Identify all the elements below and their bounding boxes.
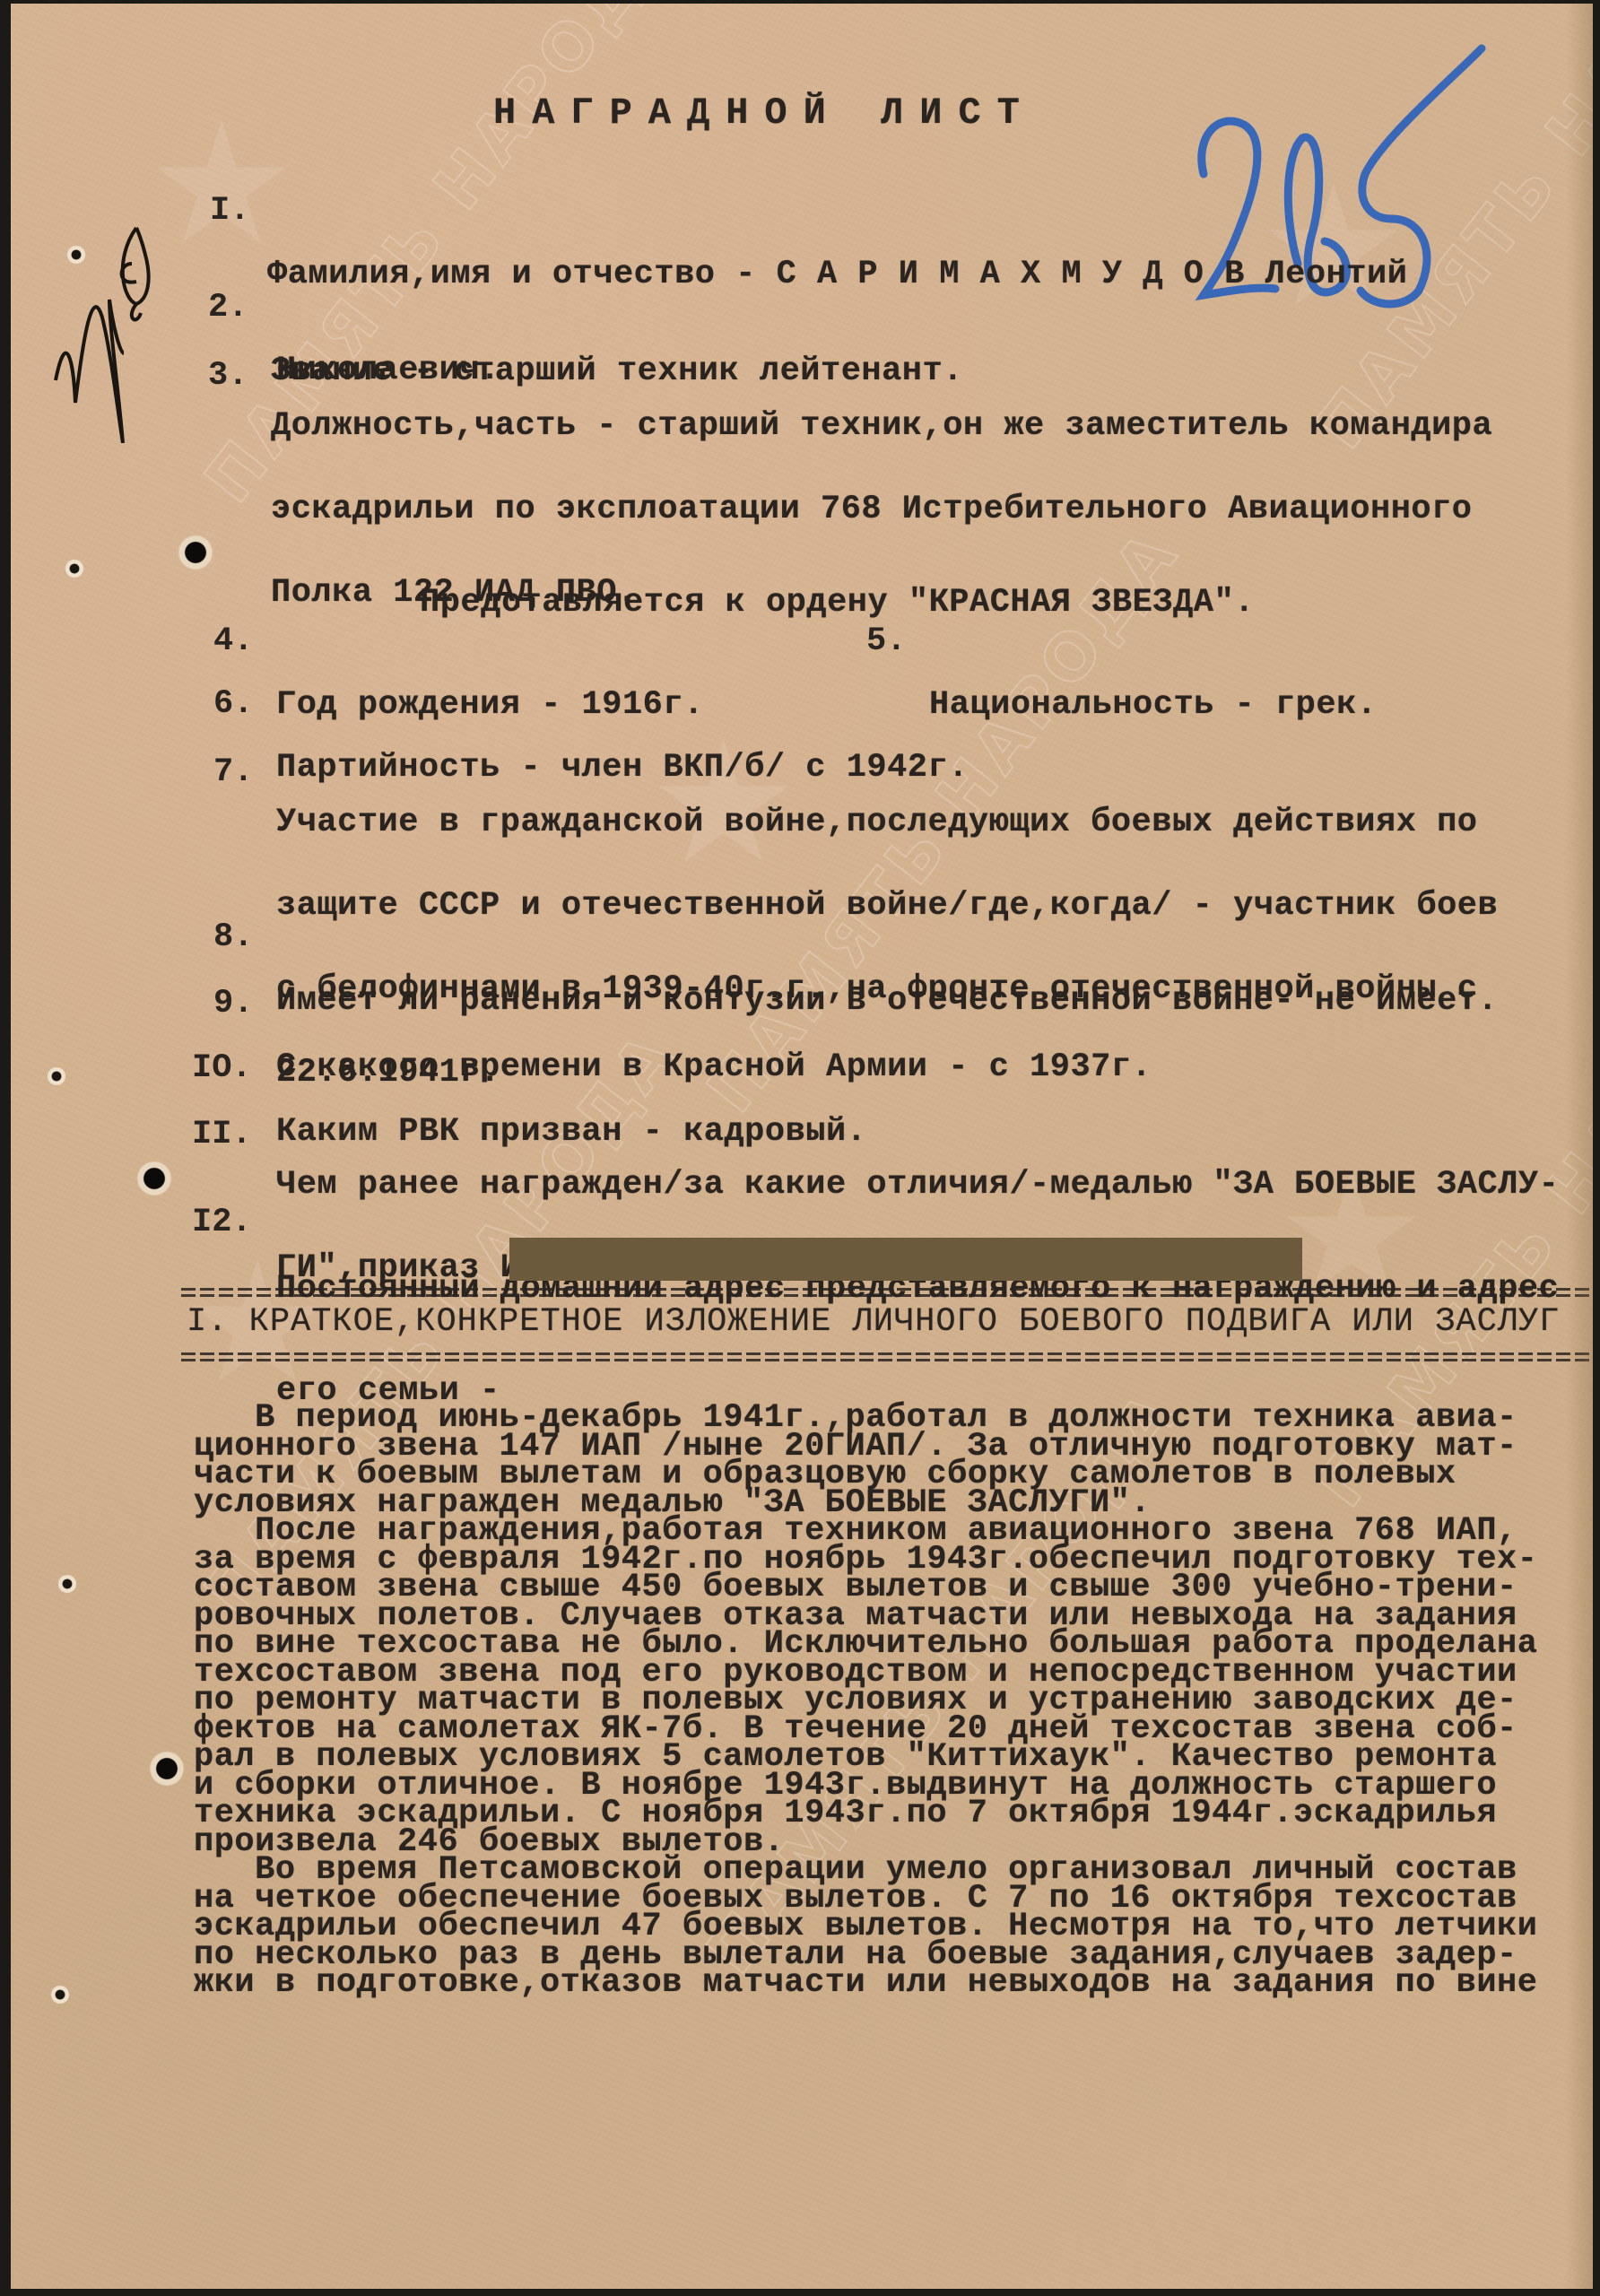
field-number: IO. — [192, 1049, 252, 1087]
narrative-text: В период июнь-декабрь 1941г.,работал в д… — [194, 1405, 1537, 1998]
field-line: Участие в гражданской войне,последующих … — [276, 809, 1498, 837]
field-line: Представляется к ордену "КРАСНАЯ ЗВЕЗДА"… — [420, 587, 1255, 620]
field-number: 5. — [866, 622, 906, 660]
field-number: 3. — [208, 357, 248, 395]
section-heading: I. КРАТКОЕ,КОНКРЕТНОЕ ИЗЛОЖЕНИЕ ЛИЧНОГО … — [187, 1306, 1560, 1339]
document-title: НАГРАДНОЙ ЛИСТ — [493, 91, 1036, 135]
narrative-line: жки в подготовке,отказов матчасти или не… — [194, 1970, 1537, 1998]
margin-annotation-icon — [47, 147, 190, 443]
punch-hole — [135, 1161, 174, 1196]
field-number: I2. — [192, 1204, 252, 1241]
punch-hole — [48, 1986, 72, 2004]
punch-hole — [56, 1575, 79, 1593]
field-line: Должность,часть - старший техник,он же з… — [271, 413, 1492, 440]
field-number: 2. — [208, 289, 248, 326]
field-number: 7. — [213, 753, 253, 791]
field-line: Чем ранее награжден/за какие отличия/-ме… — [276, 1171, 1559, 1199]
award-sheet-page: ПАМЯТЬ НАРОДА ПАМЯТЬ НАРОДА ПАМЯТЬ НАРОД… — [11, 4, 1593, 2289]
field-number: 6. — [213, 685, 253, 723]
field-number: I. — [210, 192, 249, 230]
field-number: 8. — [213, 918, 253, 956]
field-line: защите СССР и отечественной войне/где,ко… — [276, 892, 1498, 920]
punch-hole — [147, 1751, 187, 1787]
field-line: Фамилия,имя и отчество - С А Р И М А Х М… — [267, 258, 1407, 291]
field-line: Национальность - грек. — [929, 689, 1377, 722]
field-number: II. — [192, 1116, 252, 1153]
field-number: 9. — [213, 985, 253, 1022]
redacted-address — [509, 1238, 1302, 1281]
punch-hole — [176, 535, 215, 570]
field-number: 4. — [213, 622, 253, 660]
punch-hole — [63, 560, 86, 578]
double-rule-divider — [181, 1288, 1593, 1299]
punch-hole — [45, 1067, 68, 1085]
double-rule-divider — [181, 1352, 1593, 1363]
